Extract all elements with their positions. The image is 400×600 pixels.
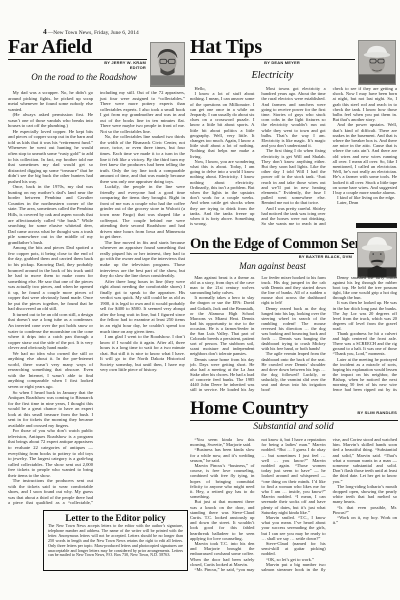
hat-tips-subhead: Electricity — [190, 70, 355, 81]
section-divider-bar — [356, 223, 397, 228]
meyer-headshot-photo — [358, 40, 396, 85]
black-headshot-photo — [357, 232, 397, 278]
hat-tips-title: Hat Tips — [190, 37, 262, 57]
letter-policy-title: Letter to the Editor policy — [48, 513, 183, 523]
common-sense-byline: BY BAXTER BLACK, DVM — [240, 255, 352, 260]
common-sense-body: Man against beast is a theme as old as a… — [190, 275, 397, 396]
common-sense-title: On the Edge of Common Sense — [190, 237, 374, 252]
newspaper-page: 4—New Town News, Friday, June 6, 2014 Fa… — [0, 0, 400, 600]
home-country-byline: BY SLIM RANDLES — [290, 411, 397, 416]
far-afield-byline: BY JERRY W. KRAM EDITOR — [60, 61, 146, 71]
letter-policy-box: Letter to the Editor policy The New Town… — [43, 510, 188, 571]
headshot-portrait-meyer — [359, 41, 395, 84]
far-afield-title: Far Afield — [8, 37, 92, 57]
home-country-subhead: Substantial and solid — [190, 422, 397, 432]
far-afield-body: My dad was a scrapper. No, he didn’t go … — [8, 90, 185, 507]
home-country-headline-rule — [190, 420, 398, 421]
letter-policy-text: The New Town News accepts letters to the… — [48, 524, 183, 558]
hat-tips-body: Hello, I know a lot of stuff about nothi… — [190, 86, 397, 228]
page-number: 4 — [43, 27, 47, 36]
headshot-portrait-black — [358, 233, 396, 277]
hat-tips-byline: BY DEAN MEYER — [200, 61, 300, 66]
common-sense-subhead: Man against beast — [190, 261, 355, 271]
home-country-body: “You seem kinda low this morning, Sweeti… — [190, 437, 397, 577]
far-afield-subhead: On the road to the Roadshow — [8, 72, 160, 82]
